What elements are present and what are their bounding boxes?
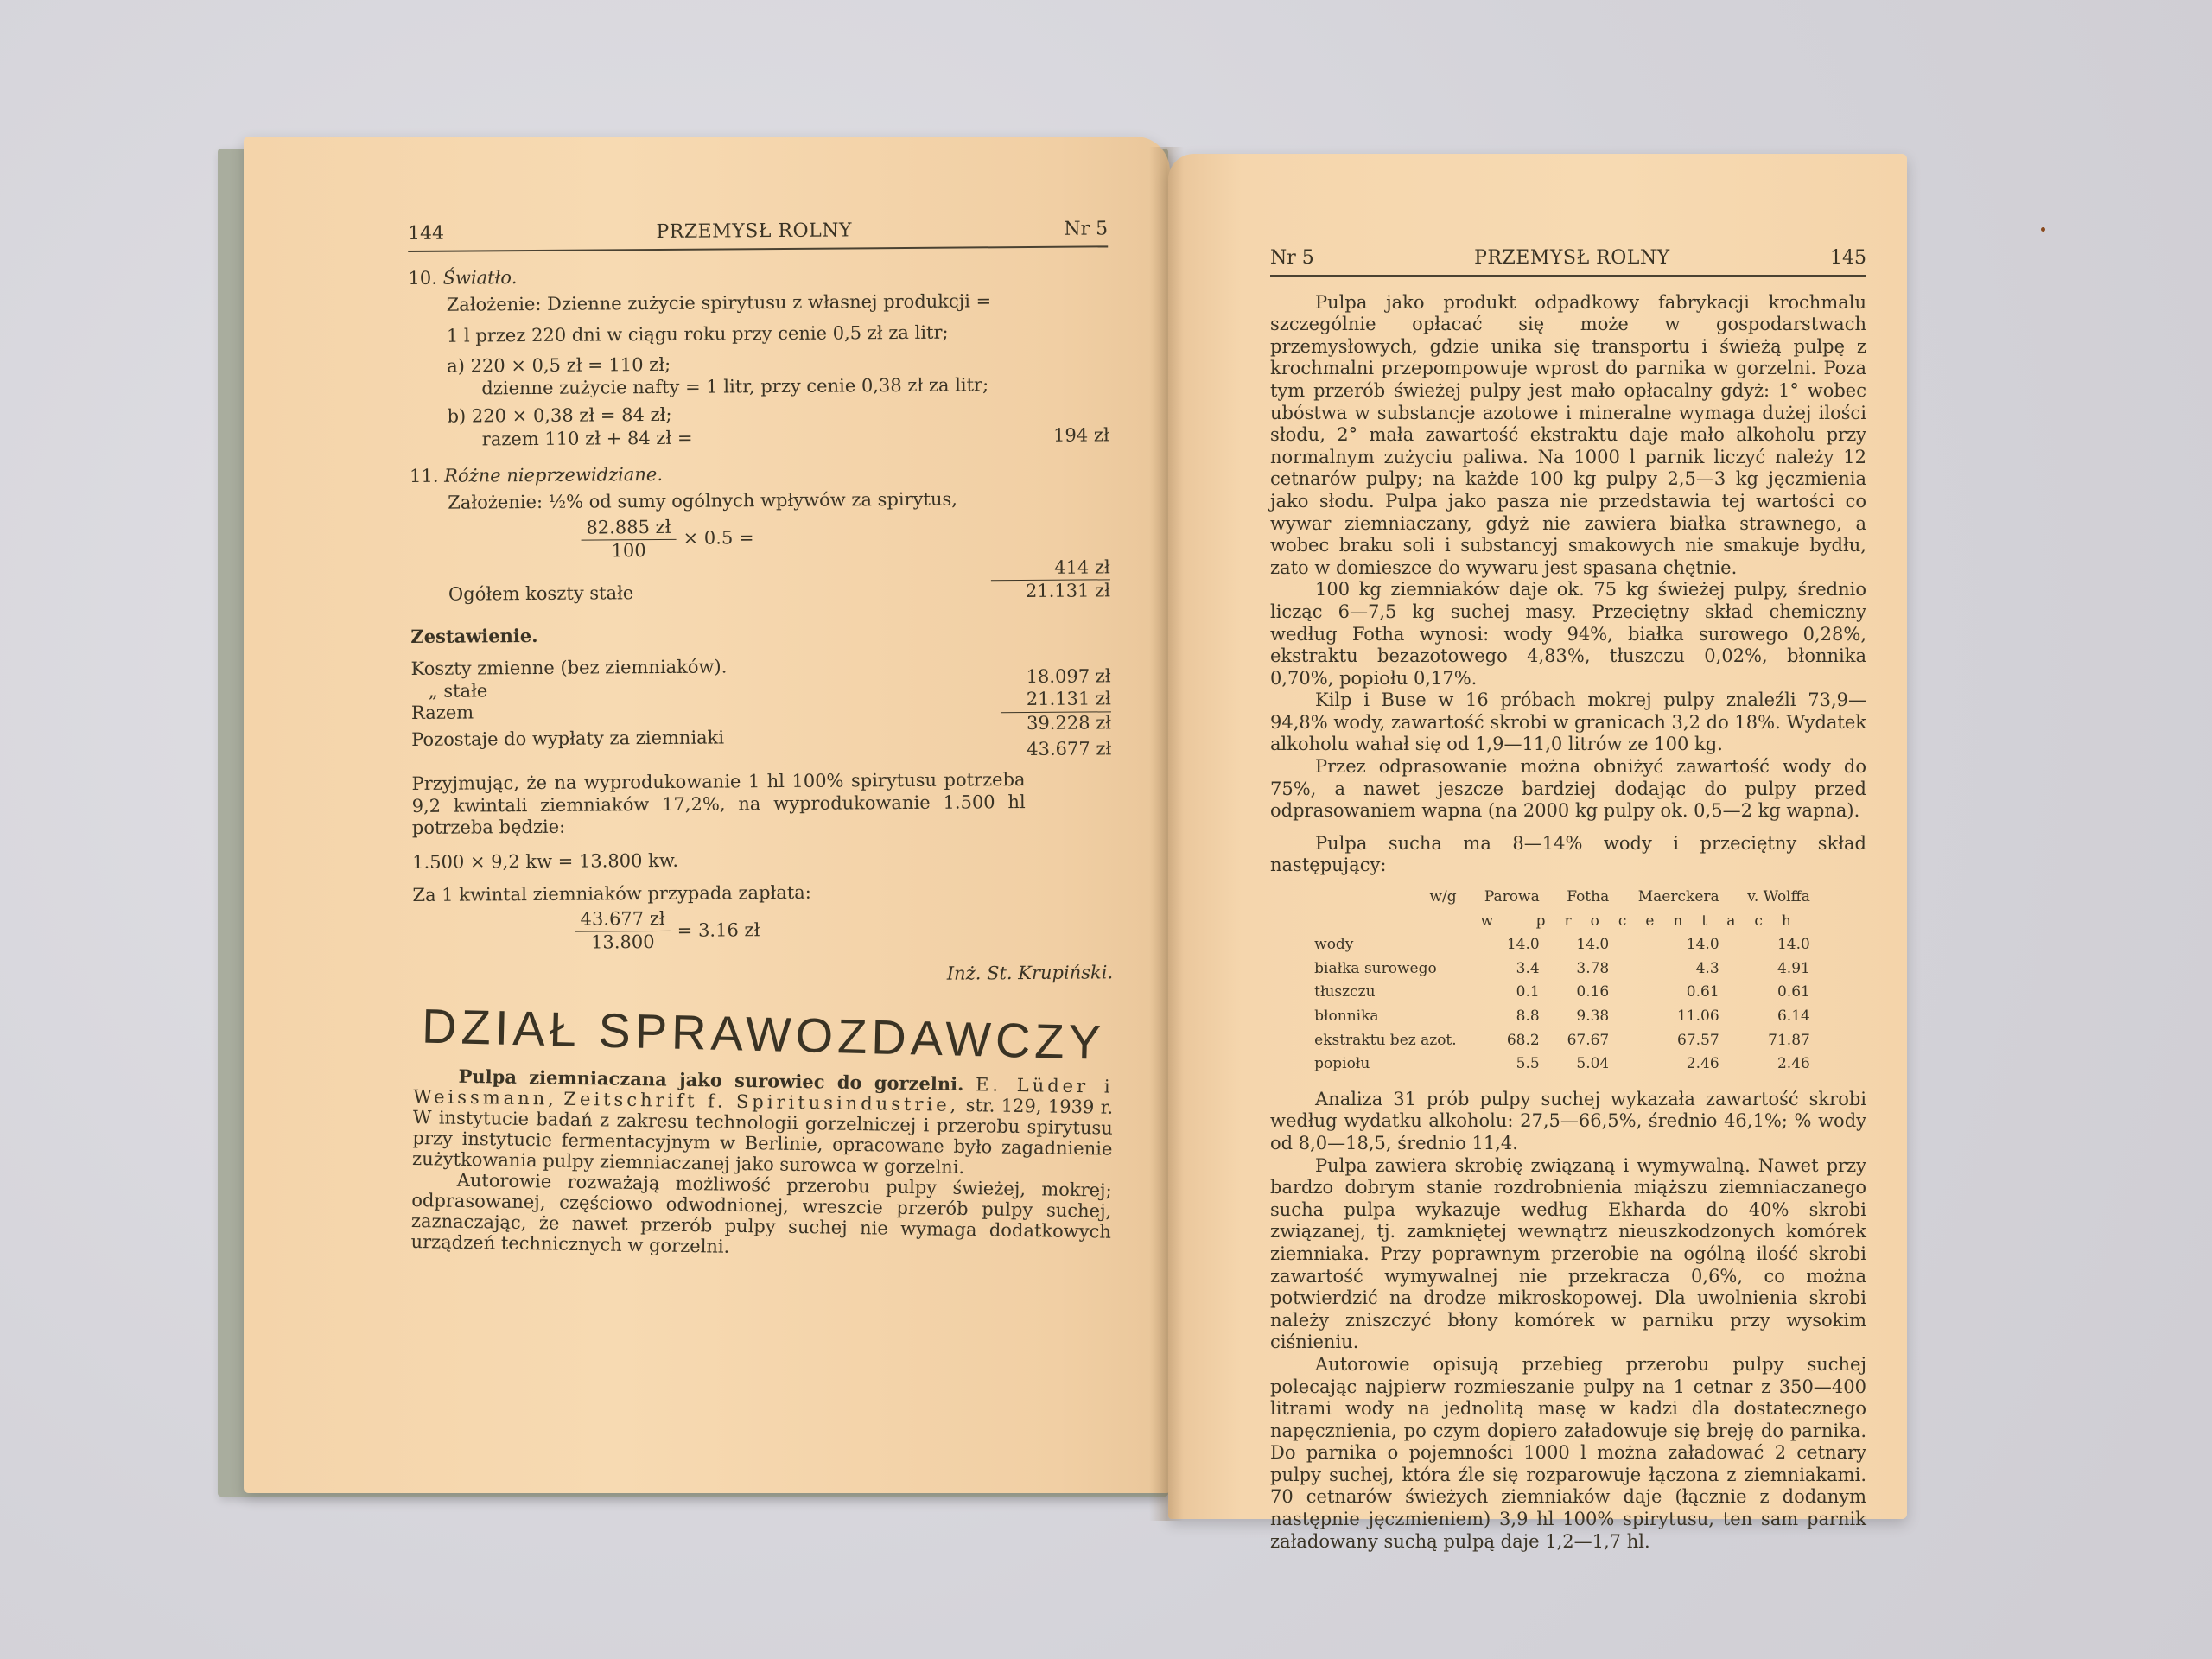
value: 21.131 zł — [991, 579, 1110, 603]
left-page: 144 PRZEMYSŁ ROLNY Nr 5 10. Światło. Zał… — [244, 137, 1170, 1493]
running-head-right: Nr 5 PRZEMYSŁ ROLNY 145 — [1270, 247, 1866, 276]
paragraph: Przez odprasowanie można obniżyć zawarto… — [1270, 756, 1866, 823]
review-text: W instytucie badań z zakresu technologii… — [412, 1107, 1113, 1178]
row-label: białka surowego — [1314, 957, 1469, 982]
table-row: popiołu 5.5 5.04 2.46 2.46 — [1314, 1052, 1822, 1077]
paragraph: Kilp i Buse w 16 próbach mokrej pulpy zn… — [1270, 690, 1866, 756]
cell: 3.4 — [1469, 957, 1552, 982]
cell: 68.2 — [1469, 1029, 1552, 1053]
denominator: 13.800 — [591, 931, 655, 954]
cell: 71.87 — [1732, 1029, 1822, 1053]
fixed-costs-total: Ogółem koszty stałe 21.131 zł — [410, 579, 1110, 607]
row-label: wody — [1314, 933, 1469, 957]
item-10-heading: 10. Światło. — [408, 263, 1108, 289]
review-paragraph-2: Autorowie rozważają możliwość przerobu p… — [410, 1169, 1111, 1263]
numerator: 43.677 zł — [575, 908, 671, 931]
item-number: 11. — [410, 466, 439, 486]
table-header-row: w/g Parowa Fotha Maerckera v. Wolffa — [1314, 886, 1822, 910]
row-label: ekstraktu bez azot. — [1314, 1029, 1469, 1053]
item-number: 10. — [408, 267, 437, 288]
summary-heading: Zestawienie. — [410, 621, 1110, 648]
journal-title: PRZEMYSŁ ROLNY — [656, 219, 852, 243]
cell: 67.67 — [1552, 1029, 1622, 1053]
right-page-content: Nr 5 PRZEMYSŁ ROLNY 145 Pulpa jako produ… — [1270, 247, 1866, 1553]
item-11-formula: 82.885 zł 100 × 0.5 = — [410, 513, 1109, 563]
value: 18.097 zł — [1027, 665, 1111, 688]
calc-paragraph: Przyjmując, że na wyprodukowanie 1 hl 10… — [411, 769, 1026, 840]
label: Ogółem koszty stałe — [448, 582, 633, 607]
column-header: Maerckera — [1621, 886, 1731, 910]
item-10-kerosene: dzienne zużycie nafty = 1 litr, przy cen… — [409, 373, 1109, 400]
journal-title: PRZEMYSŁ ROLNY — [1474, 247, 1670, 270]
denominator: 100 — [612, 540, 646, 563]
table-row: ekstraktu bez azot. 68.2 67.67 67.57 71.… — [1314, 1029, 1822, 1053]
value: 21.131 zł — [1027, 688, 1111, 710]
cell: 2.46 — [1621, 1052, 1731, 1077]
row-label: popiołu — [1314, 1052, 1469, 1077]
unit-row: w procentach — [1314, 910, 1822, 934]
cell: 4.3 — [1621, 957, 1731, 982]
cell: 2.46 — [1732, 1052, 1822, 1077]
cell: 0.61 — [1621, 981, 1731, 1005]
author-signature: Inż. St. Krupiński. — [413, 963, 1113, 989]
item-10-assumption: Założenie: Dzienne zużycie spirytusu z w… — [409, 290, 1109, 317]
column-header: Parowa — [1469, 886, 1552, 910]
paper-stain — [2041, 227, 2045, 232]
formula-rest: × 0.5 = — [683, 527, 754, 550]
item-10-total: razem 110 zł + 84 zł = 194 zł — [410, 424, 1109, 451]
paragraph: Pulpa jako produkt odpadkowy fabrykacji … — [1270, 292, 1866, 580]
review-paragraph-1: Pulpa ziemniaczana jako surowiec do gorz… — [412, 1065, 1114, 1180]
value: 39.228 zł — [1001, 711, 1111, 734]
item-11-assumption: Założenie: ½% od sumy ogólnych wpływów z… — [410, 488, 1109, 515]
row-label: tłuszczu — [1314, 981, 1469, 1005]
cell: 0.16 — [1552, 981, 1622, 1005]
cell: 6.14 — [1732, 1005, 1822, 1029]
cell: 5.04 — [1552, 1052, 1622, 1077]
review-article: Pulpa ziemniaczana jako surowiec do gorz… — [410, 1065, 1113, 1263]
issue-number: Nr 5 — [1270, 247, 1314, 270]
left-page-content: 144 PRZEMYSŁ ROLNY Nr 5 10. Światło. Zał… — [408, 218, 1115, 1251]
item-10-assumption-2: 1 l przez 220 dni w ciągu roku przy ceni… — [409, 321, 1109, 347]
cell: 14.0 — [1732, 933, 1822, 957]
page-number: 145 — [1830, 247, 1866, 270]
cell: 14.0 — [1469, 933, 1552, 957]
item-10-b: b) 220 × 0,38 zł = 84 zł; — [409, 401, 1109, 428]
unit-label: w procentach — [1469, 910, 1822, 934]
running-head-left: 144 PRZEMYSŁ ROLNY Nr 5 — [408, 218, 1108, 251]
header-label: w/g — [1314, 886, 1469, 910]
composition-table: w/g Parowa Fotha Maerckera v. Wolffa w p… — [1314, 886, 1822, 1077]
fraction: 82.885 zł 100 — [581, 517, 676, 563]
result: = 3.16 zł — [677, 919, 760, 942]
cell: 14.0 — [1552, 933, 1622, 957]
paragraph: Autorowie opisują przebieg przerobu pulp… — [1270, 1354, 1866, 1553]
item-title: Różne nieprzewidziane. — [444, 464, 663, 486]
section-heading: DZIAŁ SPRAWOZDAWCZY — [413, 1014, 1113, 1053]
cell: 11.06 — [1621, 1005, 1731, 1029]
per-quintal-formula: 43.677 zł 13.800 = 3.16 zł — [413, 906, 1113, 956]
cell: 3.78 — [1552, 957, 1622, 982]
cell: 8.8 — [1469, 1005, 1552, 1029]
item-title: Światło. — [442, 267, 517, 289]
column-header: v. Wolffa — [1732, 886, 1822, 910]
numerator: 82.885 zł — [581, 517, 676, 540]
value: 414 zł — [1054, 556, 1110, 579]
page-number: 144 — [408, 223, 444, 245]
review-reference: str. 129, 1939 r. — [966, 1095, 1114, 1118]
cell: 67.57 — [1621, 1029, 1731, 1053]
value: 43.677 zł — [1027, 738, 1111, 760]
row-label: błonnika — [1314, 1005, 1469, 1029]
calc-line: 1.500 × 9,2 kw = 13.800 kw. — [412, 847, 1112, 874]
item-11-heading: 11. Różne nieprzewidziane. — [410, 461, 1109, 487]
column-header: Fotha — [1552, 886, 1622, 910]
fraction: 43.677 zł 13.800 — [575, 908, 671, 954]
total-value: 194 zł — [1053, 424, 1109, 447]
book-spine-gutter — [1149, 147, 1184, 1521]
cell: 14.0 — [1621, 933, 1731, 957]
issue-number: Nr 5 — [1064, 218, 1108, 240]
table-row: tłuszczu 0.1 0.16 0.61 0.61 — [1314, 981, 1822, 1005]
cell: 5.5 — [1469, 1052, 1552, 1077]
cell: 0.1 — [1469, 981, 1552, 1005]
cell: 4.91 — [1732, 957, 1822, 982]
per-quintal-label: Za 1 kwintal ziemniaków przypada zapłata… — [412, 880, 1112, 906]
table-row: wody 14.0 14.0 14.0 14.0 — [1314, 933, 1822, 957]
total-label: razem 110 zł + 84 zł = — [482, 428, 693, 451]
table-row: białka surowego 3.4 3.78 4.3 4.91 — [1314, 957, 1822, 982]
right-page: Nr 5 PRZEMYSŁ ROLNY 145 Pulpa jako produ… — [1168, 154, 1907, 1519]
paragraph: Pulpa sucha ma 8—14% wody i przeciętny s… — [1270, 833, 1866, 877]
paragraph: Analiza 31 prób pulpy suchej wykazała za… — [1270, 1089, 1866, 1155]
table-row: błonnika 8.8 9.38 11.06 6.14 — [1314, 1005, 1822, 1029]
paragraph: 100 kg ziemniaków daje ok. 75 kg świeżej… — [1270, 579, 1866, 690]
label: Pozostaje do wypłaty za ziemniaki — [411, 727, 724, 765]
paragraph: Pulpa zawiera skrobię związaną i wymywal… — [1270, 1155, 1866, 1354]
cell: 9.38 — [1552, 1005, 1622, 1029]
summary-rows: Koszty zmienne (bez ziemniaków). 18.097 … — [411, 653, 1112, 765]
cell: 0.61 — [1732, 981, 1822, 1005]
